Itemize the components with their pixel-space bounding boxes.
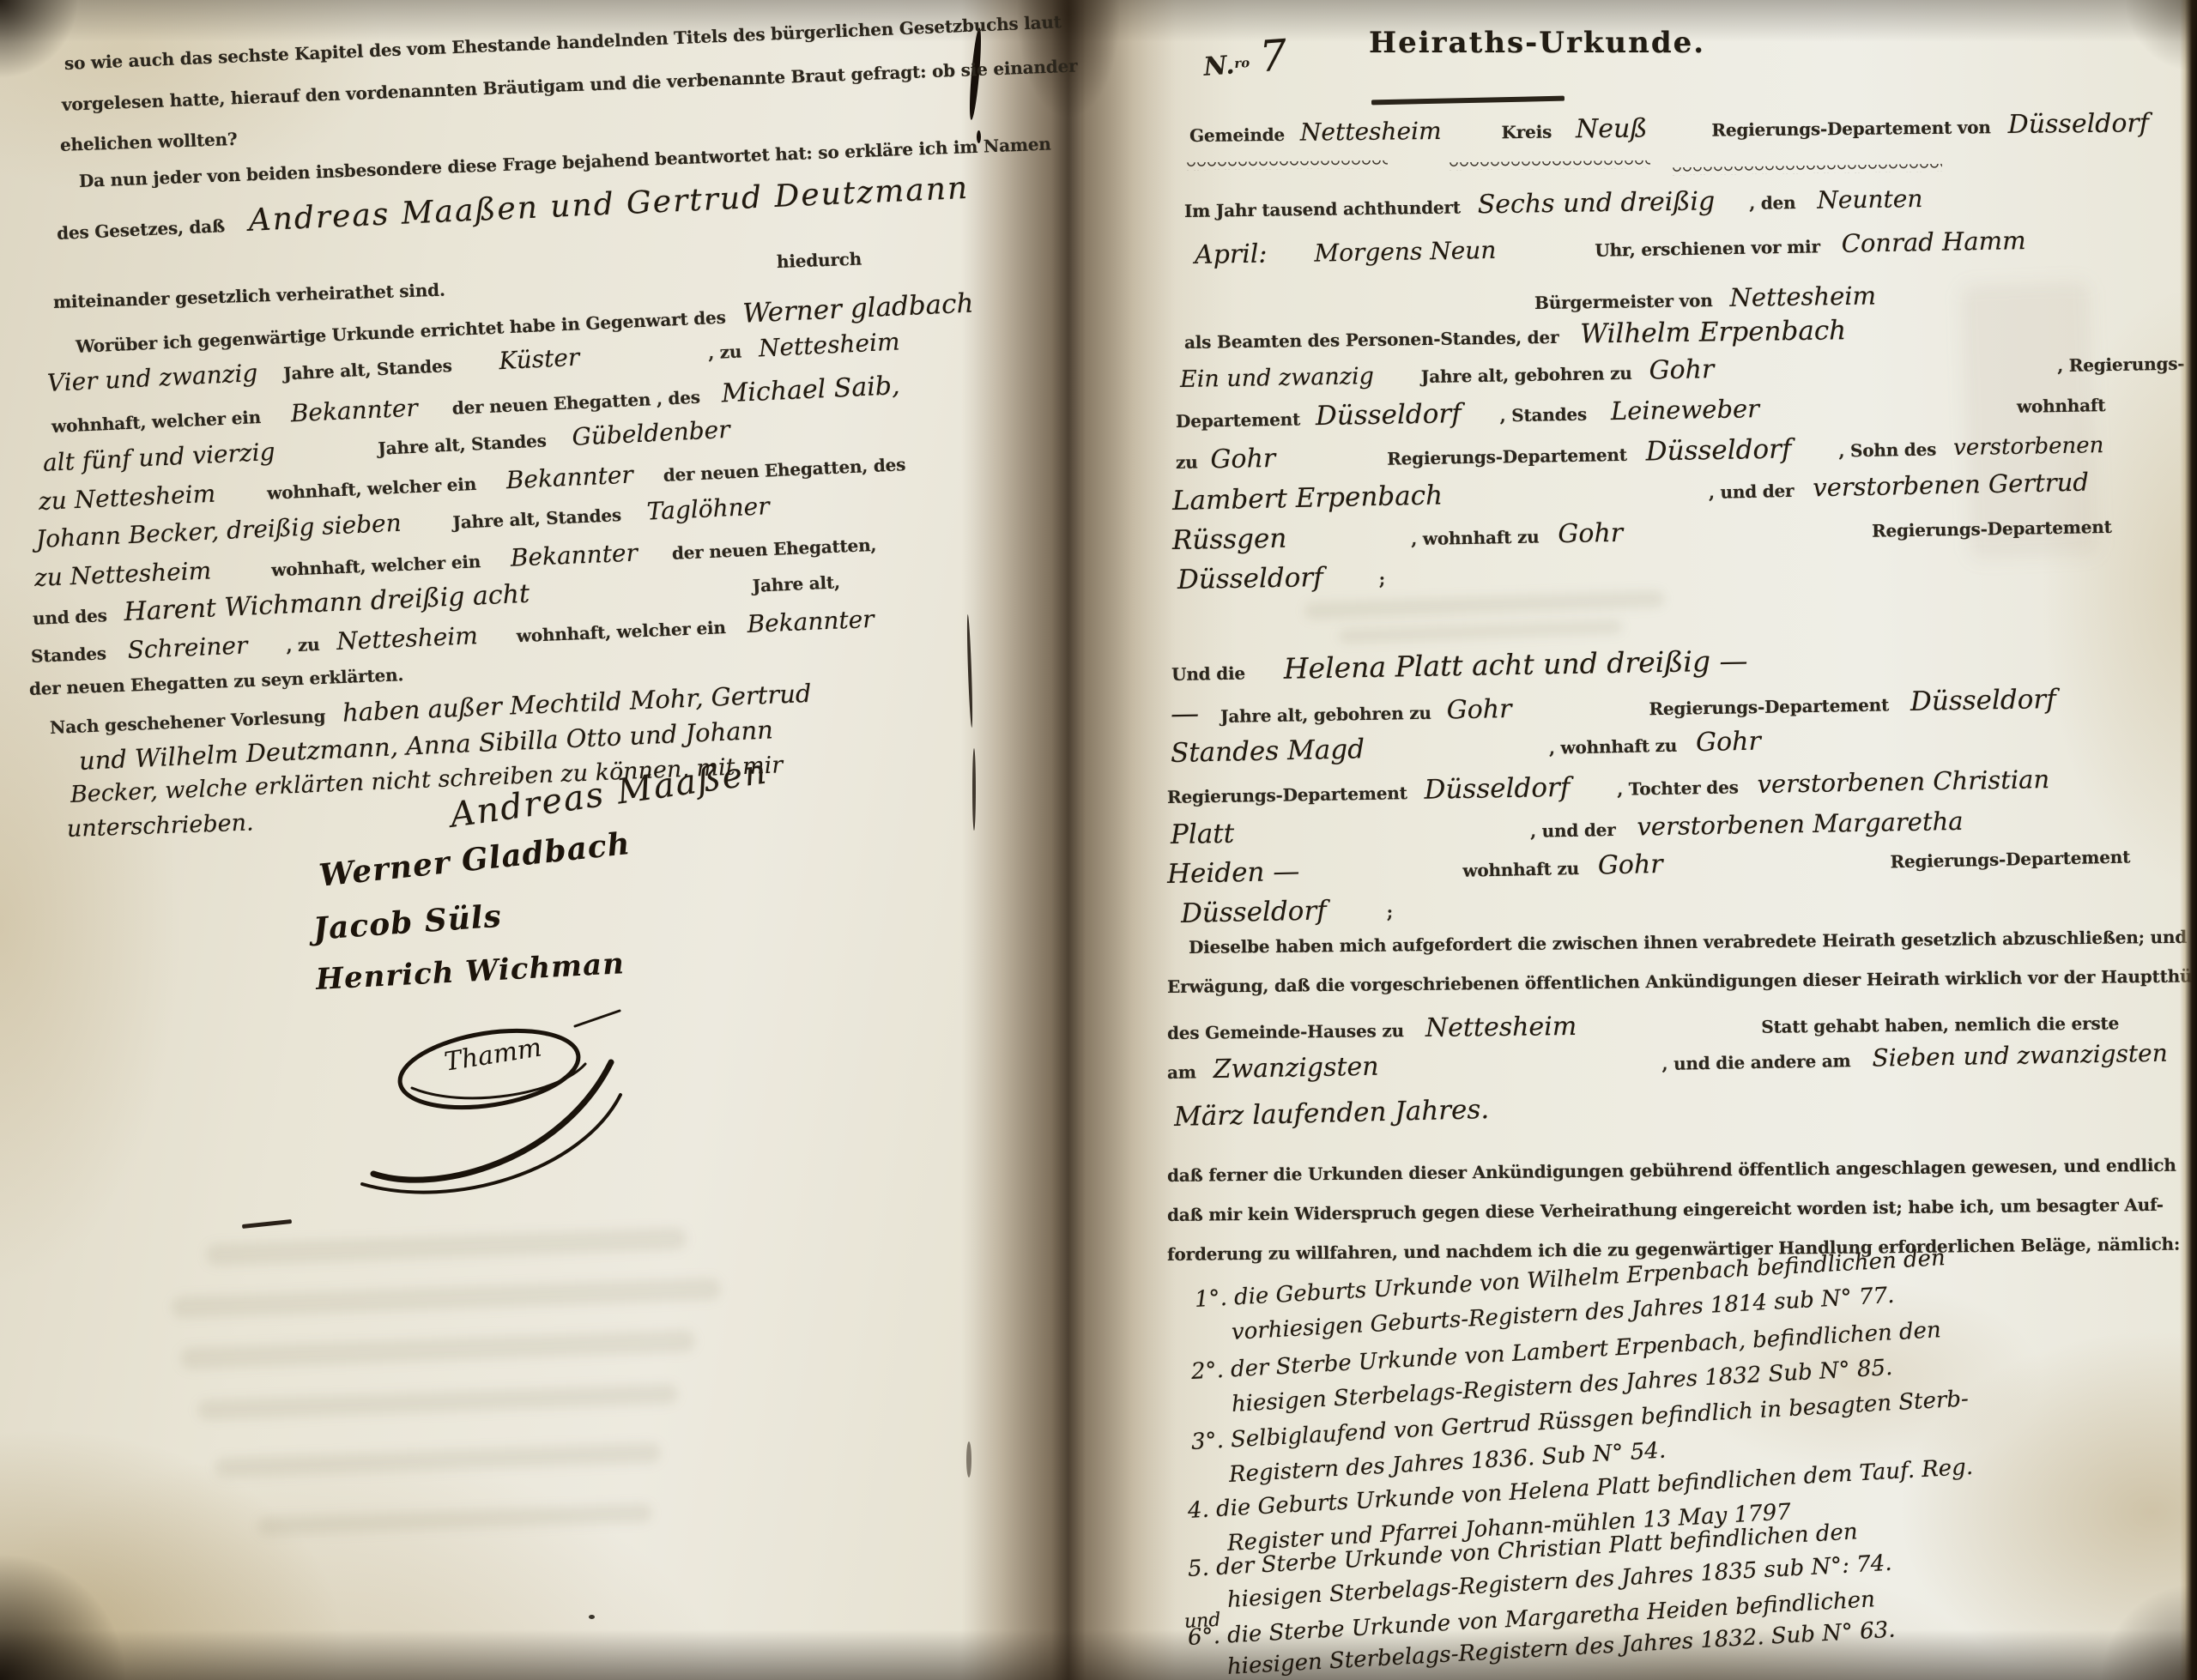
- handwritten-text: Schreiner: [127, 631, 248, 664]
- text-line: Im Jahr tausend achthundertSechs und dre…: [1184, 184, 1923, 224]
- text-line: Düsseldorf;: [1177, 561, 1385, 595]
- document-number: N.ro7: [1201, 30, 1288, 86]
- ink-dot: [589, 1615, 595, 1619]
- printed-text: ;: [1379, 569, 1386, 589]
- text-line: Regierungs-DepartementDüsseldorf, Tochte…: [1167, 764, 2050, 810]
- handwritten-text: zu Nettesheim: [38, 480, 216, 516]
- handwritten-text: Nettesheim: [1300, 117, 1442, 147]
- handwritten-text: Leineweber: [1611, 394, 1760, 426]
- printed-text: , zu: [708, 341, 742, 363]
- handwritten-text: Jacob Süls: [312, 898, 504, 947]
- handwritten-text: 7: [1258, 30, 1289, 82]
- text-line: Erwägung, daß die vorgeschriebenen öffen…: [1167, 965, 2197, 997]
- handwritten-text: Düsseldorf: [1177, 562, 1323, 595]
- field-underline-departement: [1672, 164, 1942, 175]
- handwritten-text: Neunten: [1817, 184, 1922, 215]
- handwritten-text: verstorbenen: [1953, 432, 2104, 461]
- printed-text: , wohnhaft zu: [1411, 527, 1540, 550]
- handwritten-text: Nettesheim: [1425, 1012, 1577, 1043]
- handwritten-text: Bekannter: [505, 461, 633, 495]
- handwritten-text: Conrad Hamm: [1841, 226, 2025, 258]
- printed-text: als Beamten des Personen-Standes, der: [1184, 327, 1559, 353]
- printed-text: der neuen Ehegatten zu seyn erklärten.: [29, 664, 404, 699]
- handwritten-text: Neuß: [1576, 113, 1648, 144]
- printed-text: ro: [1234, 55, 1250, 71]
- printed-text: miteinander gesetzlich verheirathet sind…: [53, 280, 445, 312]
- printed-text: ;: [1386, 902, 1393, 922]
- printed-text: Im Jahr tausend achthundert: [1184, 197, 1461, 221]
- handwritten-text: Andreas Maaßen und Gertrud Deutzmann: [248, 171, 970, 239]
- text-line: daß mir kein Widerspruch gegen diese Ver…: [1167, 1194, 2164, 1225]
- handwritten-text: Düsseldorf: [1424, 772, 1570, 806]
- page-edge: [2180, 0, 2197, 1680]
- handwritten-text: Platt: [1171, 819, 1235, 850]
- handwritten-text: Zwanzigsten: [1213, 1052, 1378, 1085]
- signature: Jacob Süls: [312, 898, 504, 947]
- handwritten-text: Michael Saib,: [721, 371, 900, 408]
- printed-text: , und der: [1530, 819, 1616, 842]
- handwritten-text: Werner Gladbach: [318, 825, 632, 894]
- handwritten-text: Gohr: [1696, 727, 1761, 758]
- handwritten-text: Standes Magd: [1171, 734, 1365, 769]
- text-line: Und dieHelena Platt acht und dreißig —: [1171, 644, 1748, 687]
- printed-text: Statt gehabt haben, nemlich die erste: [1761, 1012, 2119, 1036]
- printed-text: Regierungs-Departement: [1890, 846, 2130, 872]
- printed-text: Jahre alt, gebohren zu: [1220, 703, 1431, 727]
- printed-text: Regierungs-Departement: [1872, 517, 2112, 541]
- printed-text: wohnhaft, welcher ein: [271, 551, 481, 580]
- text-line: der neuen Ehegatten zu seyn erklärten.: [29, 664, 404, 699]
- handwritten-text: Düsseldorf: [1181, 895, 1327, 929]
- handwritten-text: Nettesheim: [336, 621, 479, 656]
- printed-text: wohnhaft: [2017, 395, 2106, 417]
- printed-text: wohnhaft zu: [1462, 858, 1579, 881]
- text-line: April:Morgens NeunUhr, erschienen vor mi…: [1195, 226, 2026, 270]
- printed-text: daß mir kein Widerspruch gegen diese Ver…: [1167, 1194, 2164, 1225]
- text-line: Dieselbe haben mich aufgefordert die zwi…: [1189, 927, 2197, 958]
- printed-text: , und die andere am: [1661, 1050, 1850, 1074]
- text-line: DepartementDüsseldorf, StandesLeineweber…: [1176, 387, 2106, 434]
- handwritten-text: Harent Wichmann dreißig acht: [124, 579, 530, 627]
- handwritten-text: Düsseldorf: [1910, 684, 2056, 717]
- printed-text: , Sohn des: [1838, 439, 1936, 462]
- handwritten-text: März laufenden Jahres.: [1174, 1094, 1490, 1133]
- handwritten-text: Gübeldenber: [572, 415, 731, 451]
- handwritten-text: Helena Platt acht und dreißig —: [1283, 644, 1747, 685]
- text-line: Standes Magd, wohnhaft zuGohr: [1171, 726, 1761, 769]
- handwritten-text: Gohr: [1649, 354, 1714, 385]
- printed-text: und des: [33, 605, 108, 629]
- handwritten-text: Küster: [499, 343, 580, 376]
- printed-text: Regierungs-Departement: [1167, 783, 1407, 807]
- handwritten-text: Düsseldorf: [2007, 108, 2149, 140]
- handwritten-text: zu Nettesheim: [33, 556, 212, 592]
- printed-text: Kreis: [1501, 122, 1552, 143]
- printed-text: Regierungs-Departement: [1387, 444, 1627, 469]
- text-line: des Gemeinde-Hauses zuNettesheimStatt ge…: [1167, 1006, 2119, 1046]
- printed-text: Heiraths-Urkunde.: [1369, 26, 1705, 60]
- printed-text: daß ferner die Urkunden dieser Ankündigu…: [1167, 1155, 2176, 1186]
- printed-text: wohnhaft, welcher ein: [51, 407, 262, 437]
- printed-text: zu: [1176, 452, 1198, 473]
- handwritten-text: Lambert Erpenbach: [1172, 480, 1443, 517]
- handwritten-text: Düsseldorf: [1316, 398, 1462, 432]
- field-underline-kreis: [1449, 160, 1650, 170]
- printed-text: am: [1167, 1061, 1196, 1083]
- title-underline: [1371, 96, 1565, 106]
- handwritten-text: Bekannter: [510, 539, 638, 572]
- printed-text: Jahre alt, Standes: [452, 505, 621, 533]
- printed-text: Regierungs-Departement von: [1711, 117, 1990, 140]
- printed-text: Nach geschehener Vorlesung: [50, 706, 326, 738]
- text-line: unterschrieben.: [66, 809, 254, 843]
- handwritten-text: verstorbenen Margaretha: [1637, 807, 1964, 842]
- handwritten-text: Gohr: [1598, 849, 1663, 881]
- printed-text: des Gesetzes, daß: [57, 215, 226, 244]
- left-page-text: so wie auch das sechste Kapitel des vom …: [0, 0, 1081, 1680]
- printed-text: wohnhaft, welcher ein: [267, 474, 477, 504]
- handwritten-text: verstorbenen Christian: [1757, 764, 2049, 799]
- printed-text: , Tochter des: [1617, 777, 1739, 799]
- handwritten-text: Henrich Wichman: [315, 946, 626, 997]
- signature: Henrich Wichman: [315, 946, 626, 997]
- text-line: hiedurch: [777, 249, 862, 272]
- handwritten-text: Sechs und dreißig: [1478, 186, 1716, 220]
- text-line: daß ferner die Urkunden dieser Ankündigu…: [1167, 1155, 2176, 1186]
- text-line: März laufenden Jahres.: [1174, 1094, 1490, 1133]
- printed-text: Jahre alt, Standes: [378, 430, 547, 459]
- printed-text: , und der: [1709, 480, 1795, 503]
- handwritten-text: Werner gladbach: [742, 288, 975, 329]
- printed-text: ehelichen wollten?: [60, 129, 238, 155]
- right-page-text: N.ro7Heiraths-Urkunde.GemeindeNettesheim…: [1150, 0, 2197, 1680]
- handwritten-text: Bekannter: [747, 605, 875, 638]
- text-line: als Beamten des Personen-Standes, derWil…: [1184, 315, 1847, 355]
- flourish-stroke: [373, 1062, 611, 1180]
- printed-text: , wohnhaft zu: [1549, 735, 1678, 758]
- printed-text: der neuen Ehegatten , des: [451, 387, 700, 419]
- text-line: Platt, und derverstorbenen Margaretha: [1171, 806, 1964, 850]
- text-line: Lambert Erpenbach, und derverstorbenen G…: [1172, 467, 2090, 517]
- text-line: miteinander gesetzlich verheirathet sind…: [53, 280, 445, 312]
- text-line: ehelichen wollten?: [60, 129, 238, 155]
- printed-text: Jahre alt, gebohren zu: [1421, 363, 1632, 387]
- printed-text: N.: [1202, 51, 1235, 82]
- printed-text: der neuen Ehegatten,: [671, 535, 876, 564]
- handwritten-text: Rüssgen: [1172, 523, 1287, 556]
- book-photo: so wie auch das sechste Kapitel des vom …: [0, 0, 2197, 1680]
- handwritten-text: unterschrieben.: [66, 809, 254, 843]
- handwritten-text: Morgens Neun: [1314, 236, 1496, 268]
- printed-text: Regierungs-Departement: [1649, 694, 1889, 719]
- printed-text: Dieselbe haben mich aufgefordert die zwi…: [1189, 927, 2197, 958]
- printed-text: der neuen Ehegatten, des: [663, 454, 905, 486]
- printed-text: , Standes: [1499, 404, 1587, 426]
- text-line: Bürgermeister vonNettesheim: [1534, 281, 1876, 315]
- handwritten-text: Düsseldorf: [1645, 433, 1791, 467]
- field-underline-gemeinde: [1186, 160, 1388, 170]
- text-line: Ein und zwanzigJahre alt, gebohren zuGoh…: [1180, 347, 2185, 394]
- text-line: Rüssgen, wohnhaft zuGohrRegierungs-Depar…: [1172, 509, 2112, 556]
- printed-text: Standes: [31, 643, 107, 667]
- printed-text: Jahre alt, Standes: [283, 355, 452, 384]
- printed-text: des Gemeinde-Hauses zu: [1167, 1020, 1404, 1043]
- printed-text: hiedurch: [777, 249, 862, 272]
- officiant-signature-flourish: Thamm: [360, 1002, 626, 1195]
- handwritten-text: Ein und zwanzig: [1180, 363, 1374, 393]
- text-line: —Jahre alt, gebohren zuGohrRegierungs-De…: [1171, 681, 2056, 730]
- handwritten-text: alt fünf und vierzig: [42, 438, 275, 477]
- printed-text: , Regierungs-: [2057, 354, 2185, 377]
- document-title: Heiraths-Urkunde.: [1369, 26, 1705, 60]
- handwritten-text: Gohr: [1558, 518, 1623, 549]
- handwritten-text: —: [1171, 696, 1200, 730]
- handwritten-text: Taglöhner: [646, 492, 770, 525]
- printed-text: Uhr, erschienen vor mir: [1595, 236, 1820, 261]
- handwritten-text: verstorbenen Gertrud: [1813, 468, 2089, 503]
- printed-text: Jahre alt,: [752, 571, 840, 596]
- text-line: amZwanzigsten, und die andere amSieben u…: [1167, 1038, 2168, 1085]
- handwritten-text: Heiden —: [1167, 856, 1300, 890]
- handwritten-text: Bekannter: [290, 394, 418, 428]
- handwritten-text: Vier und zwanzig: [46, 359, 258, 397]
- handwritten-text: Gohr: [1446, 694, 1511, 725]
- printed-text: Gemeinde: [1189, 124, 1285, 146]
- text-line: Düsseldorf;: [1181, 894, 1394, 929]
- flourish-stroke: [575, 1011, 620, 1026]
- signature: Werner Gladbach: [318, 825, 632, 894]
- printed-text: , zu: [286, 634, 320, 656]
- handwritten-text: Johann Becker, dreißig sieben: [35, 509, 402, 553]
- handwritten-text: Sieben und zwanzigsten: [1872, 1039, 2168, 1073]
- handwritten-text: Nettesheim: [758, 327, 900, 362]
- handwritten-text: Nettesheim: [1729, 281, 1876, 311]
- text-line: GemeindeNettesheimKreisNeußRegierungs-De…: [1189, 108, 2149, 148]
- printed-text: Bürgermeister von: [1534, 290, 1713, 313]
- printed-text: , den: [1749, 192, 1796, 214]
- handwritten-text: Wilhelm Erpenbach: [1580, 315, 1846, 349]
- printed-text: Und die: [1171, 663, 1245, 685]
- handwritten-text: April:: [1195, 239, 1268, 270]
- handwritten-text: Gohr: [1210, 444, 1275, 474]
- printed-text: Departement: [1176, 408, 1300, 432]
- printed-text: wohnhaft, welcher ein: [516, 617, 726, 646]
- printed-text: Erwägung, daß die vorgeschriebenen öffen…: [1167, 965, 2197, 997]
